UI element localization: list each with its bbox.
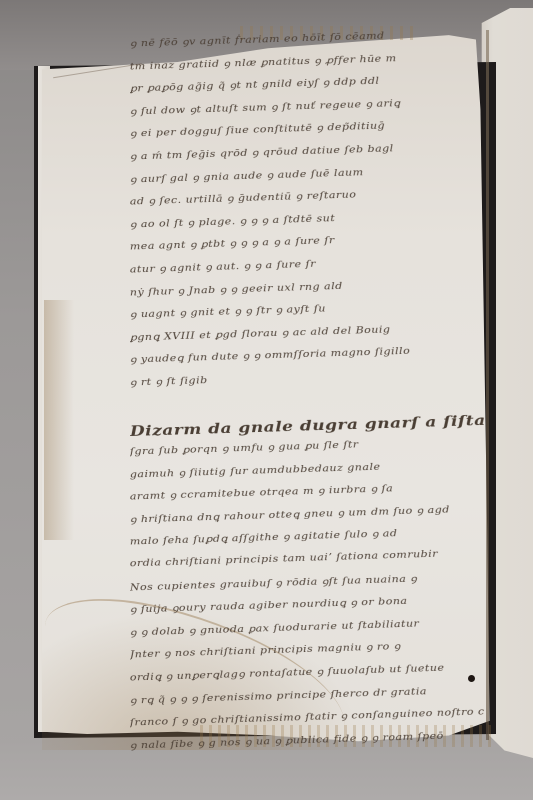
paragraph-1: ꝯ nē fēō ꝯv agnīt ḟrariam eo hōīt ſō cēa… — [130, 36, 485, 398]
water-stain-left — [44, 300, 74, 540]
paragraph-2: Dizarm da gnale dugra gnarſ a ſiſtaul ſg… — [130, 422, 485, 761]
binding-gutter — [486, 30, 489, 740]
ink-blot — [468, 675, 475, 682]
manuscript-text: ꝯ nē fēō ꝯv agnīt ḟrariam eo hōīt ſō cēa… — [130, 36, 485, 760]
